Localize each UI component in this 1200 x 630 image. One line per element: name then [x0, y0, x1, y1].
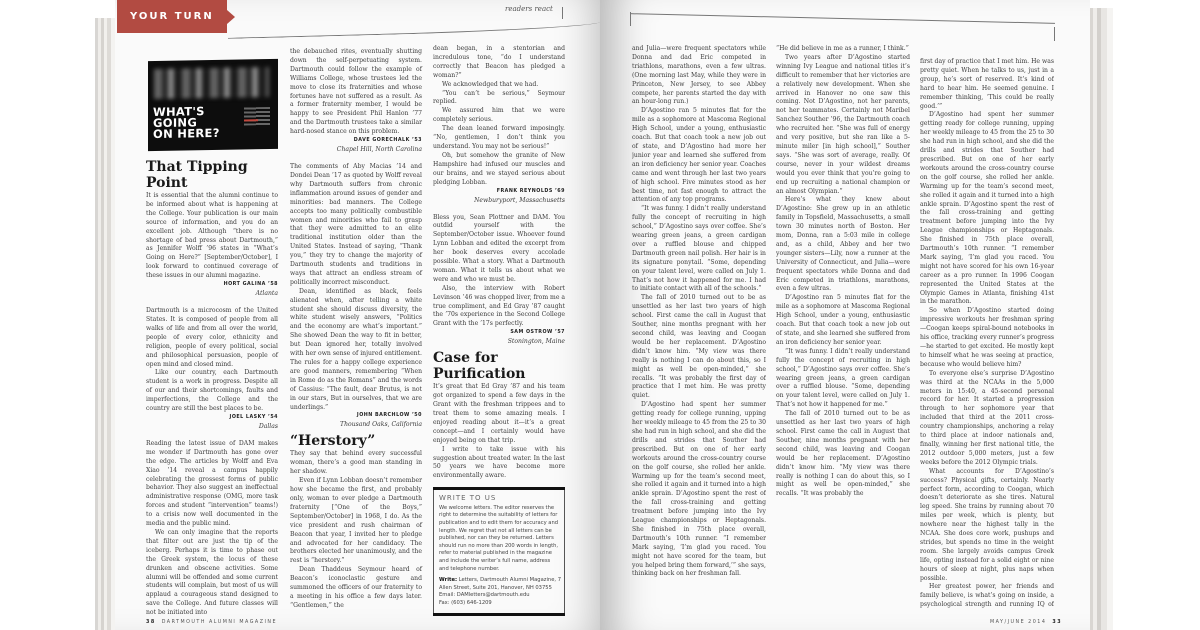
- letter-paragraph: The dean leaned forward imposingly. “No,…: [433, 125, 565, 152]
- letter-location: Newburyport, Massachusetts: [433, 196, 565, 205]
- letter-paragraph: It’s great that Ed Gray ’87 and his team…: [433, 383, 565, 445]
- write-to-us-email: Email: DAMletters@dartmouth.edu: [439, 592, 561, 600]
- right-folio: MAY/JUNE 201433: [990, 620, 1062, 625]
- letter-paragraph: We can only imagine that the reports tha…: [146, 529, 278, 618]
- letter-paragraph: Dean, identified as black, feels alienat…: [290, 288, 422, 413]
- letter-paragraph: the debauched rites, eventually shutting…: [290, 48, 422, 137]
- letter-signature: SAM OSTROW ’57: [433, 329, 565, 337]
- article-heading: “Herstory”: [290, 433, 422, 449]
- page-number: 33: [1052, 620, 1062, 625]
- letter-location: Thousand Oaks, California: [290, 420, 422, 429]
- article-paragraph: So when D’Agostino started doing impress…: [920, 307, 1054, 369]
- left-column-3: dean began, in a stentorian and incredul…: [433, 45, 565, 616]
- letter-paragraph: They say that behind every successful wo…: [290, 450, 422, 477]
- letter-paragraph: The comments of Aby Macias ’14 and Donde…: [290, 163, 422, 288]
- page-number: 38: [146, 620, 156, 625]
- write-to-us-address: Write: Letters, Dartmouth Alumni Magazin…: [439, 577, 561, 592]
- thumbnail-photo: [154, 67, 269, 99]
- feature-thumbnail-image: WHAT'S GOING ON HERE?: [148, 59, 278, 151]
- article-paragraph: What accounts for D’Agostino’s success? …: [920, 468, 1054, 584]
- article-paragraph: “It was funny. I didn’t really understan…: [632, 205, 766, 294]
- letter-signature: JOEL LASKY ’54: [146, 414, 278, 422]
- article-heading: Case for Purification: [433, 350, 565, 382]
- letter-location: Chapel Hill, North Carolina: [290, 145, 422, 154]
- section-tab-banner: YOUR TURN: [117, 0, 227, 33]
- write-to-us-title: WRITE TO US: [439, 495, 561, 503]
- letter-paragraph: Oh, but somehow the granite of New Hamps…: [433, 152, 565, 188]
- letter-paragraph: Like our country, each Dartmouth student…: [146, 369, 278, 414]
- letter-paragraph: “You can’t be serious,” Seymour replied.: [433, 90, 565, 108]
- thumbnail-text-block: [244, 107, 270, 125]
- letter-signature: JOHN BARCHLOW ’50: [290, 412, 422, 420]
- letter-paragraph: Bless you, Sean Plottner and DAM. You ou…: [433, 214, 565, 285]
- letter-location: Atlanta: [146, 289, 278, 298]
- article-heading: That Tipping Point: [146, 159, 278, 191]
- article-paragraph: D’Agostino ran 5 minutes flat for the mi…: [632, 107, 766, 205]
- article-paragraph: D’Agostino ran 5 minutes flat for the mi…: [776, 294, 910, 347]
- letter-paragraph: I write to take issue with his suggestio…: [433, 446, 565, 482]
- article-paragraph: first day of practice that I met him. He…: [920, 58, 1054, 111]
- right-column-2: “He did believe in me as a runner, I thi…: [776, 45, 910, 620]
- page-stack-left-edge: [95, 18, 117, 630]
- article-paragraph: The fall of 2010 turned out to be as uns…: [632, 294, 766, 401]
- left-folio: 38DARTMOUTH ALUMNI MAGAZINE: [146, 620, 277, 625]
- article-paragraph: D’Agostino had spent her summer getting …: [632, 401, 766, 579]
- issue-date: MAY/JUNE 2014: [990, 620, 1046, 625]
- right-column-3: first day of practice that I met him. He…: [920, 58, 1054, 608]
- letter-signature: DAVE GORECHALK ’53: [290, 137, 422, 145]
- header-rule-cap: [562, 7, 563, 19]
- letter-paragraph: It is essential that the alumni continue…: [146, 192, 278, 281]
- letter-paragraph: Also, the interview with Robert Levinson…: [433, 285, 565, 330]
- letter-paragraph: dean began, in a stentorian and incredul…: [433, 45, 565, 81]
- article-paragraph: D’Agostino had spent her summer getting …: [920, 111, 1054, 307]
- article-paragraph: and Julia—were frequent spectators while…: [632, 45, 766, 107]
- publication-title: DARTMOUTH ALUMNI MAGAZINE: [162, 620, 277, 625]
- article-paragraph: Her greatest power, her friends and fami…: [920, 583, 1054, 608]
- letter-paragraph: Even if Lynn Lobban doesn’t remember how…: [290, 477, 422, 566]
- letter-location: Dallas: [146, 422, 278, 431]
- write-to-us-fax: Fax: (603) 646-1209: [439, 600, 561, 608]
- left-column-1: That Tipping Point It is essential that …: [146, 155, 278, 618]
- article-paragraph: “It was funny. I didn’t really understan…: [776, 348, 910, 410]
- letter-signature: FRANK REYNOLDS ’69: [433, 188, 565, 196]
- right-column-1: and Julia—were frequent spectators while…: [632, 45, 766, 620]
- letter-paragraph: We acknowledged that we had.: [433, 81, 565, 90]
- write-to-us-body: We welcome letters. The editor reserves …: [439, 505, 561, 573]
- letter-paragraph: We assured him that we were completely s…: [433, 107, 565, 125]
- header-rule-cap: [630, 12, 631, 26]
- letter-location: Stonington, Maine: [433, 337, 565, 346]
- article-paragraph: The fall of 2010 turned out to be as uns…: [776, 410, 910, 499]
- letter-signature: HORT GALINA ’58: [146, 281, 278, 289]
- left-column-2: the debauched rites, eventually shutting…: [290, 48, 422, 611]
- article-paragraph: Here’s what they knew about D’Agostino: …: [776, 196, 910, 294]
- article-paragraph: “He did believe in me as a runner, I thi…: [776, 45, 910, 54]
- section-label: readers react: [505, 5, 553, 13]
- thumbnail-headline: WHAT'S GOING ON HERE?: [153, 106, 220, 140]
- letter-paragraph: Dartmouth is a microcosm of the United S…: [146, 307, 278, 369]
- letter-paragraph: Reading the latest issue of DAM makes me…: [146, 440, 278, 529]
- thumbnail-accent-line: [244, 119, 258, 121]
- letter-paragraph: Dean Thaddeus Seymour heard of Beacon’s …: [290, 566, 422, 611]
- article-paragraph: Two years after D’Agostino started winni…: [776, 54, 910, 197]
- header-rule-cap: [1054, 27, 1055, 41]
- article-paragraph: To everyone else’s surprise D’Agostino w…: [920, 370, 1054, 468]
- write-to-us-box: WRITE TO US We welcome letters. The edit…: [433, 487, 565, 615]
